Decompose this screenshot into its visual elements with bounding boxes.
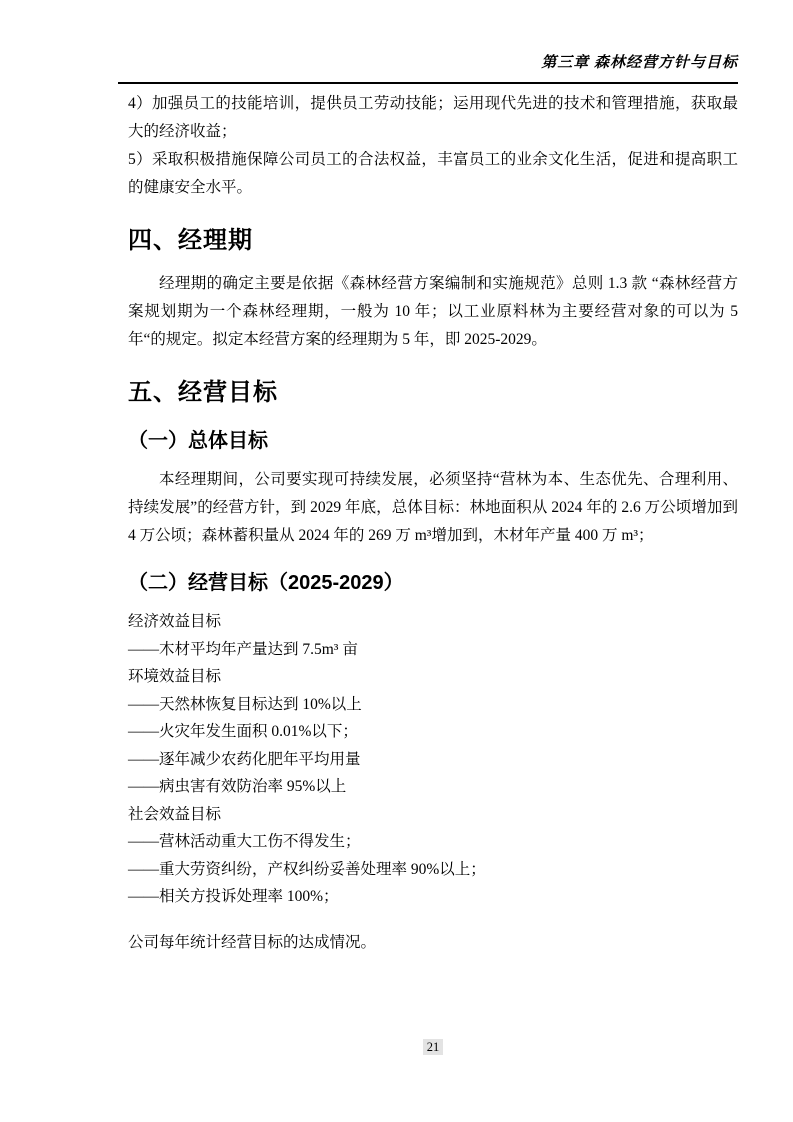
goal-category-environment: 环境效益目标	[128, 663, 738, 691]
goal-list: 经济效益目标 ——木材平均年产量达到 7.5m³ 亩 环境效益目标 ——天然林恢…	[128, 608, 738, 911]
goal-item: ——病虫害有效防治率 95%以上	[128, 773, 738, 801]
goal-item: ——天然林恢复目标达到 10%以上	[128, 691, 738, 719]
page-number: 21	[423, 1039, 444, 1055]
header-rule	[118, 82, 738, 84]
goal-category-social: 社会效益目标	[128, 801, 738, 829]
section-5-heading: 五、经营目标	[128, 378, 738, 408]
subsection-2-heading: （二）经营目标（2025-2029）	[128, 570, 738, 596]
goal-item: ——逐年减少农药化肥年平均用量	[128, 746, 738, 774]
goal-category-economic: 经济效益目标	[128, 608, 738, 636]
goal-item: ——重大劳资纠纷，产权纠纷妥善处理率 90%以上；	[128, 856, 738, 884]
goal-item: ——相关方投诉处理率 100%；	[128, 883, 738, 911]
chapter-header: 第三章 森林经营方针与目标	[128, 53, 738, 73]
page-content: 第三章 森林经营方针与目标 4）加强员工的技能培训，提供员工劳动技能；运用现代先…	[128, 0, 738, 957]
subsection-1-paragraph: 本经理期间，公司要实现可持续发展，必须坚持“营林为本、生态优先、合理利用、持续发…	[128, 466, 738, 550]
page-footer: 21	[128, 1038, 738, 1056]
goal-item: ——火灾年发生面积 0.01%以下；	[128, 718, 738, 746]
goal-item: ——木材平均年产量达到 7.5m³ 亩	[128, 636, 738, 664]
section-4-paragraph: 经理期的确定主要是依据《森林经营方案编制和实施规范》总则 1.3 款 “森林经营…	[128, 270, 738, 354]
document-page: 第三章 森林经营方针与目标 4）加强员工的技能培训，提供员工劳动技能；运用现代先…	[0, 0, 793, 1122]
closing-paragraph: 公司每年统计经营目标的达成情况。	[128, 929, 738, 957]
intro-item-4: 4）加强员工的技能培训，提供员工劳动技能；运用现代先进的技术和管理措施，获取最大…	[128, 90, 738, 146]
goal-item: ——营林活动重大工伤不得发生；	[128, 828, 738, 856]
intro-item-5: 5）采取积极措施保障公司员工的合法权益，丰富员工的业余文化生活，促进和提高职工的…	[128, 146, 738, 202]
subsection-1-heading: （一）总体目标	[128, 428, 738, 454]
section-4-heading: 四、经理期	[128, 226, 738, 256]
